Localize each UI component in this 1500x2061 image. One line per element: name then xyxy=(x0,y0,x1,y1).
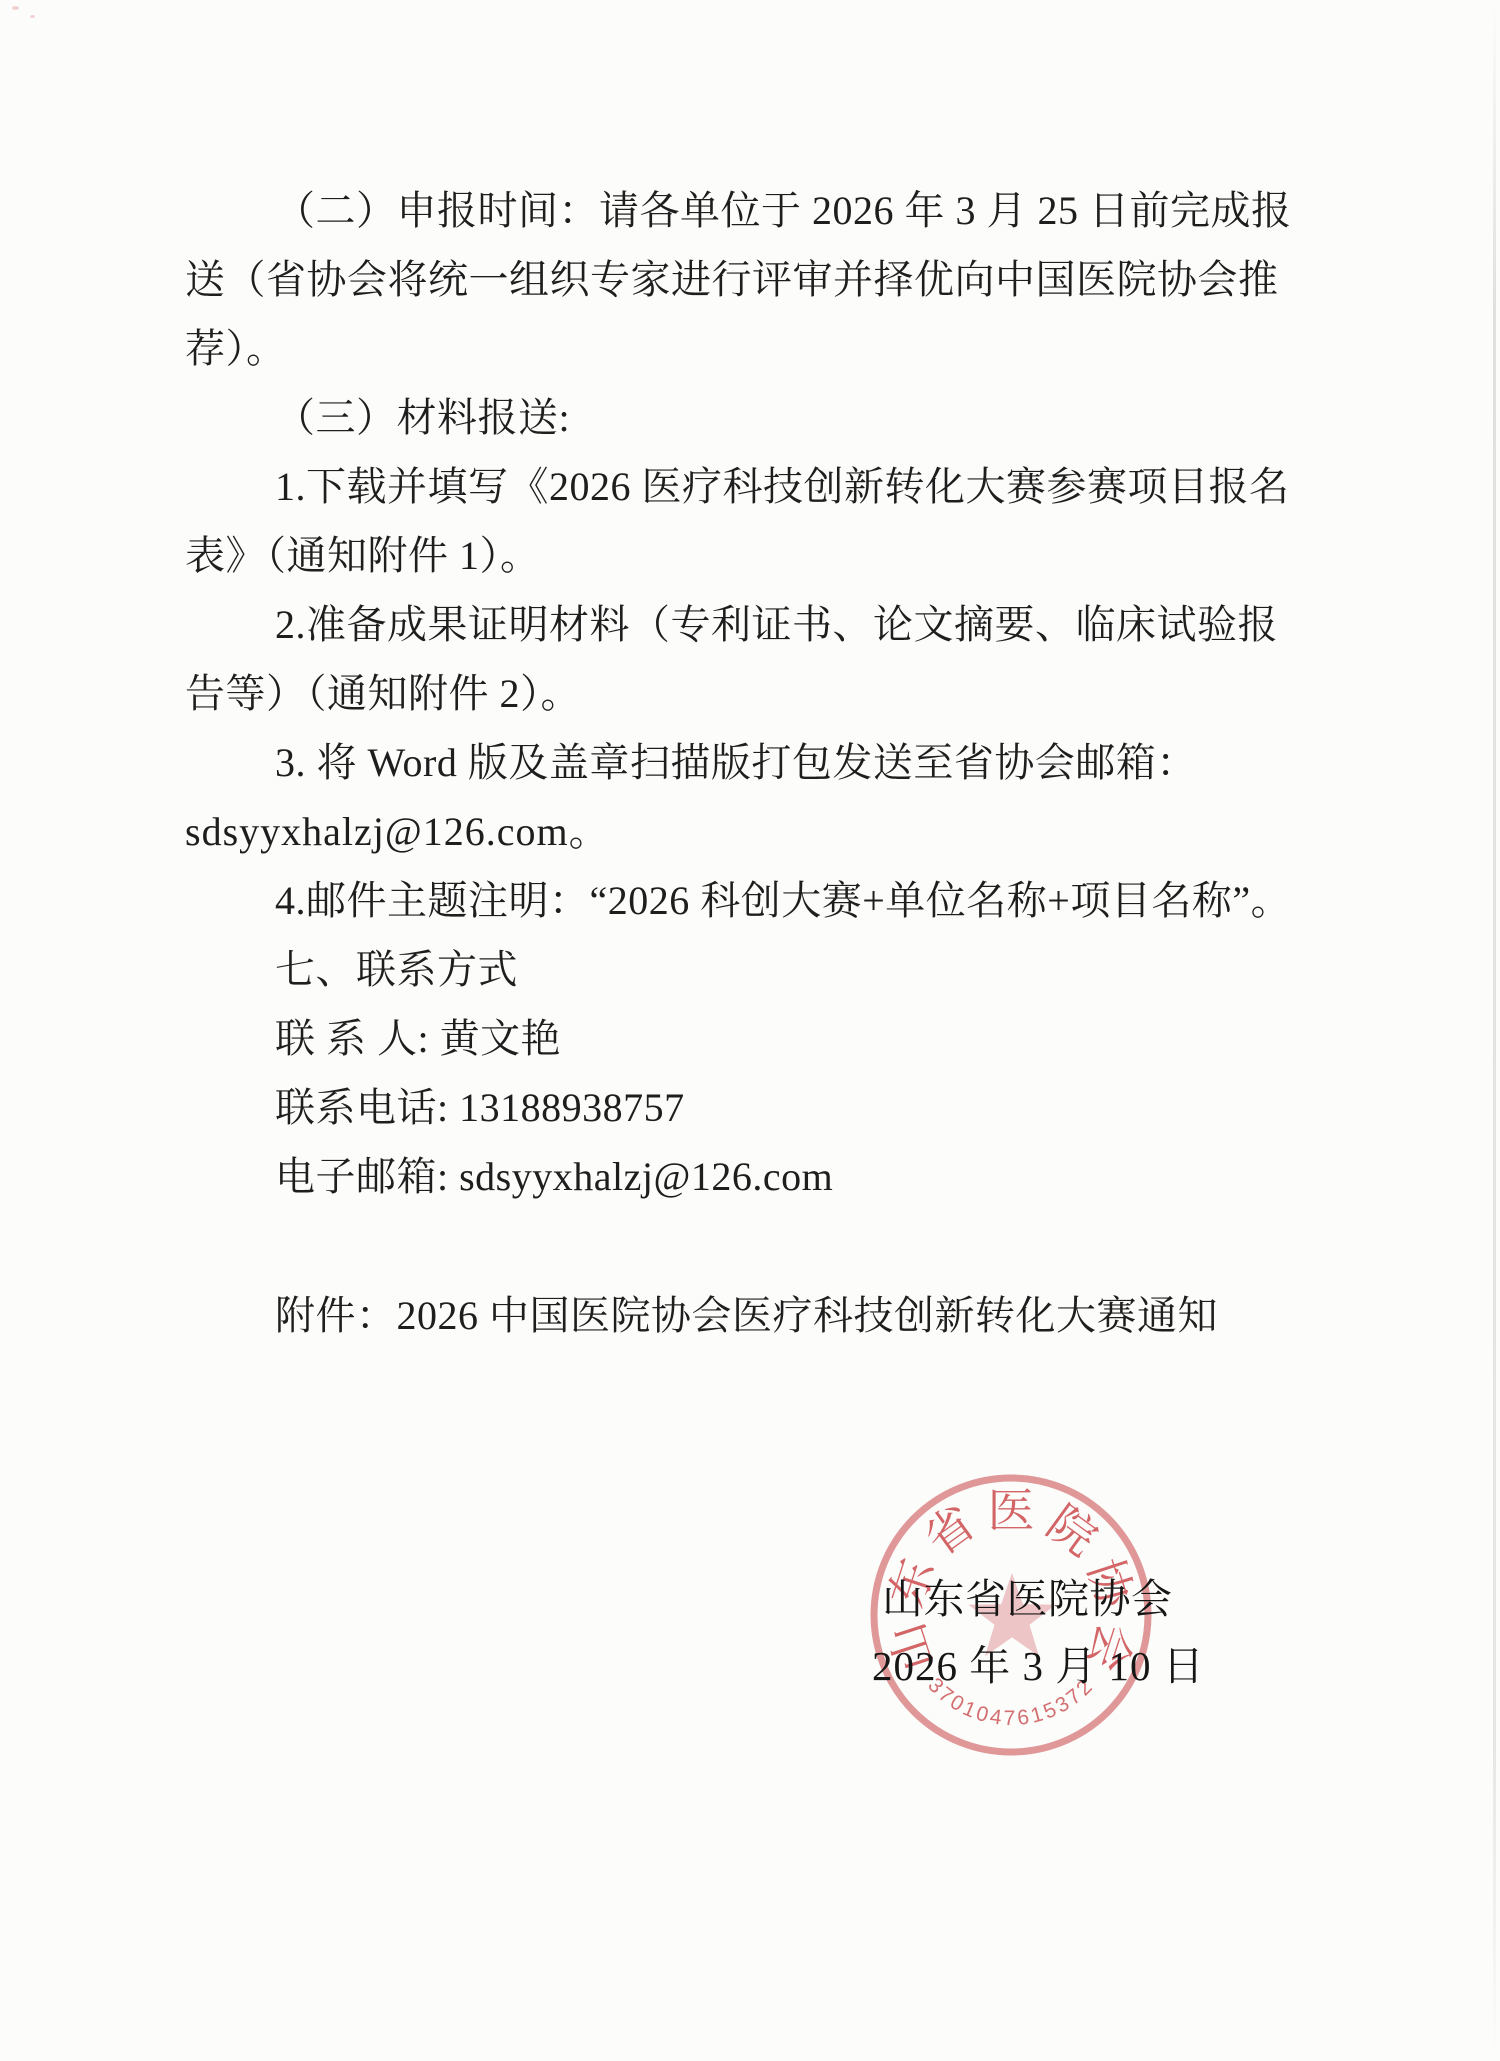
blank-line xyxy=(185,1211,1270,1281)
text-line: 七、联系方式 xyxy=(185,935,1270,1004)
text-line: 送（省协会将统一组织专家进行评审并择优向中国医院协会推 xyxy=(185,245,1270,314)
document-body: （二）申报时间：请各单位于 2026 年 3 月 25 日前完成报 送（省协会将… xyxy=(185,176,1270,1350)
contact-email-line: 电子邮箱: sdsyyxhalzj@126.com xyxy=(185,1142,1270,1211)
text-line: 荐）。 xyxy=(185,314,1270,383)
scan-speck xyxy=(12,6,19,10)
text-line: 1.下载并填写《2026 医疗科技创新转化大赛参赛项目报名 xyxy=(185,452,1270,521)
contact-person-line: 联 系 人: 黄文艳 xyxy=(185,1004,1270,1073)
text-line: 2.准备成果证明材料（专利证书、论文摘要、临床试验报 xyxy=(185,590,1270,659)
text-line: （三）材料报送: xyxy=(185,383,1270,452)
email-text-line: sdsyyxhalzj@126.com。 xyxy=(185,797,1270,866)
attachment-line: 附件：2026 中国医院协会医疗科技创新转化大赛通知 xyxy=(185,1281,1270,1350)
seal-ring-char: 医 xyxy=(988,1486,1035,1538)
signature-date: 2026 年 3 月 10 日 xyxy=(872,1633,1205,1692)
scanned-document-page: （二）申报时间：请各单位于 2026 年 3 月 25 日前完成报 送（省协会将… xyxy=(0,0,1500,2061)
text-line: 告等）（通知附件 2）。 xyxy=(185,659,1270,728)
scan-edge-shadow xyxy=(1493,0,1496,2061)
scan-speck xyxy=(30,15,35,18)
text-line: 3. 将 Word 版及盖章扫描版打包发送至省协会邮箱： xyxy=(185,728,1270,797)
text-line: 表》（通知附件 1）。 xyxy=(185,521,1270,590)
contact-phone-line: 联系电话: 13188938757 xyxy=(185,1073,1270,1142)
text-line: 4.邮件主题注明：“2026 科创大赛+单位名称+项目名称”。 xyxy=(185,866,1270,935)
signature-org: 山东省医院协会 xyxy=(882,1566,1173,1625)
text-line: （二）申报时间：请各单位于 2026 年 3 月 25 日前完成报 xyxy=(185,176,1270,245)
